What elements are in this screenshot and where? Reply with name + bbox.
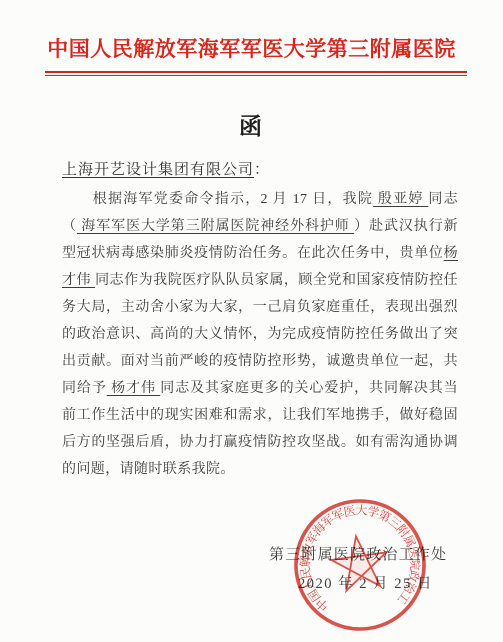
body-segment-6: 同志作为我院医疗队队员家属，顾全党和国家疫情防控任务大局，主动舍小家为大家，一己… bbox=[62, 273, 458, 396]
body-segment-name-yangcaiwei-2: 杨才伟 bbox=[107, 381, 161, 396]
recipient-line: 上海开艺设计集团有限公司： bbox=[62, 158, 458, 179]
doc-type-title: 函 bbox=[0, 108, 503, 141]
body-paragraph: 根据海军党委命令指示，2 月 17 日，我院 殷亚婷 同志（ 海军军医大学第三附… bbox=[62, 186, 458, 483]
signature-date: 2020 年 2 月 25 日 bbox=[298, 572, 433, 593]
signature-department: 第三附属医院政治工作处 bbox=[269, 543, 447, 564]
letterhead-divider bbox=[45, 71, 467, 76]
recipient-company-name: 上海开艺设计集团有限公司 bbox=[62, 162, 254, 178]
seal-outer-ring bbox=[288, 493, 433, 638]
letter-page: 中国人民解放军海军军医大学第三附属医院 函 上海开艺设计集团有限公司： 根据海军… bbox=[0, 0, 503, 642]
letterhead-org-title: 中国人民解放军海军军医大学第三附属医院 bbox=[0, 33, 503, 63]
body-segment-job-title: 海军军医大学第三附属医院神经外科护师 bbox=[77, 219, 354, 234]
recipient-colon: ： bbox=[254, 162, 270, 178]
official-seal: 中国人民解放军海军军医大学第三附属医院政治工作处 bbox=[282, 487, 438, 642]
body-segment-name-yinyating: 殷亚婷 bbox=[373, 192, 428, 207]
letterhead-divider-inner-line bbox=[45, 75, 467, 76]
body-segment-0: 根据海军党委命令指示，2 月 17 日，我院 bbox=[93, 192, 373, 207]
letter-body: 上海开艺设计集团有限公司： 根据海军党委命令指示，2 月 17 日，我院 殷亚婷… bbox=[62, 158, 458, 497]
